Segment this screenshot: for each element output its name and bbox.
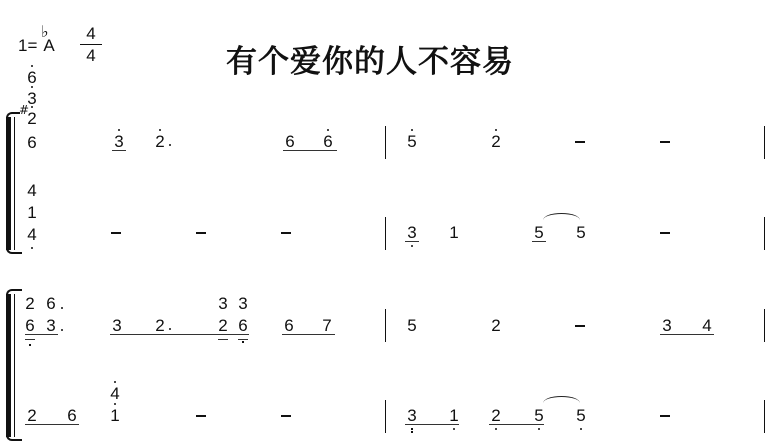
hold-dash: [196, 415, 206, 417]
note: 6: [283, 133, 297, 151]
note: 5: [574, 224, 588, 242]
underline: [405, 424, 459, 425]
lower-octave-dot: [29, 344, 31, 346]
note: 6: [44, 295, 58, 313]
note: 6: [23, 317, 37, 335]
time-signature-bottom: 4: [80, 46, 102, 65]
note: 6: [25, 69, 39, 87]
note: 2: [489, 133, 503, 151]
note: 4: [700, 317, 714, 335]
underline: [283, 150, 337, 151]
flat-icon: ♭: [41, 22, 49, 41]
note: 3: [216, 295, 230, 313]
note: 6: [25, 134, 39, 152]
note: 4: [25, 226, 39, 244]
note: 1: [447, 407, 461, 425]
underline: [25, 424, 79, 425]
bracket-hook-top: [6, 289, 22, 297]
underline: [489, 424, 544, 425]
underline: [238, 339, 248, 340]
note: 2: [489, 317, 503, 335]
bracket-hook-top: [6, 112, 20, 120]
barline: [764, 400, 765, 433]
bracket-hook-bottom: [6, 246, 22, 254]
note: 3: [110, 317, 124, 335]
note: 3: [405, 407, 419, 425]
bracket-hook-bottom: [6, 433, 22, 441]
barline: [385, 309, 386, 342]
note: 5: [532, 407, 546, 425]
augmentation-dot: [169, 328, 171, 330]
note: 3: [112, 133, 126, 151]
augmentation-dot: [61, 307, 63, 309]
system-1-bracket: [6, 117, 11, 250]
note: 2: [216, 317, 230, 335]
time-signature-top: 4: [80, 24, 102, 43]
system-2-bracket: [6, 294, 11, 437]
key-signature: 1=A: [18, 36, 55, 56]
note: 6: [321, 133, 335, 151]
underline: [405, 241, 419, 242]
tie: [543, 213, 580, 220]
augmentation-dot: [169, 144, 171, 146]
note: 6: [65, 407, 79, 425]
key-prefix: 1=: [18, 36, 37, 55]
note: 3: [405, 224, 419, 242]
note: 3: [236, 295, 250, 313]
note: 3: [44, 317, 58, 335]
barline: [764, 126, 765, 159]
hold-dash: [575, 141, 585, 143]
note: 1: [447, 224, 461, 242]
note: 6: [282, 317, 296, 335]
time-signature-line: [80, 44, 102, 45]
hold-dash: [281, 232, 291, 234]
barline: [385, 217, 386, 250]
note: 3: [660, 317, 674, 335]
underline: [660, 334, 714, 335]
note: 1: [25, 204, 39, 222]
note: 4: [108, 385, 122, 403]
underline: [218, 339, 228, 340]
hold-dash: [660, 415, 670, 417]
barline: [764, 217, 765, 250]
barline: [385, 126, 386, 159]
note: 7: [320, 317, 334, 335]
underline: [110, 334, 249, 335]
note: 1: [108, 407, 122, 425]
hold-dash: [111, 232, 121, 234]
barline: [764, 309, 765, 342]
underline: [25, 339, 35, 340]
note: 2: [489, 407, 503, 425]
underline: [112, 150, 126, 151]
note: 2: [153, 317, 167, 335]
note: 5: [532, 224, 546, 242]
tie: [543, 396, 580, 403]
note: 5: [405, 317, 419, 335]
underline: [25, 334, 58, 335]
hold-dash: [575, 325, 585, 327]
hold-dash: [660, 232, 670, 234]
underline: [282, 334, 335, 335]
note: 5: [574, 407, 588, 425]
sharp-icon: #: [19, 103, 29, 117]
hold-dash: [281, 415, 291, 417]
underline: [532, 241, 546, 242]
note: 5: [405, 133, 419, 151]
note: 4: [25, 182, 39, 200]
time-signature: 4 4: [80, 24, 102, 65]
page-title: 有个爱你的人不容易: [226, 36, 514, 81]
barline: [385, 400, 386, 433]
hold-dash: [660, 141, 670, 143]
augmentation-dot: [61, 329, 63, 331]
note: 2: [25, 407, 39, 425]
hold-dash: [196, 232, 206, 234]
lower-octave-dot: [242, 341, 244, 343]
note: 2: [153, 133, 167, 151]
note: 2: [23, 295, 37, 313]
note: 6: [236, 317, 250, 335]
